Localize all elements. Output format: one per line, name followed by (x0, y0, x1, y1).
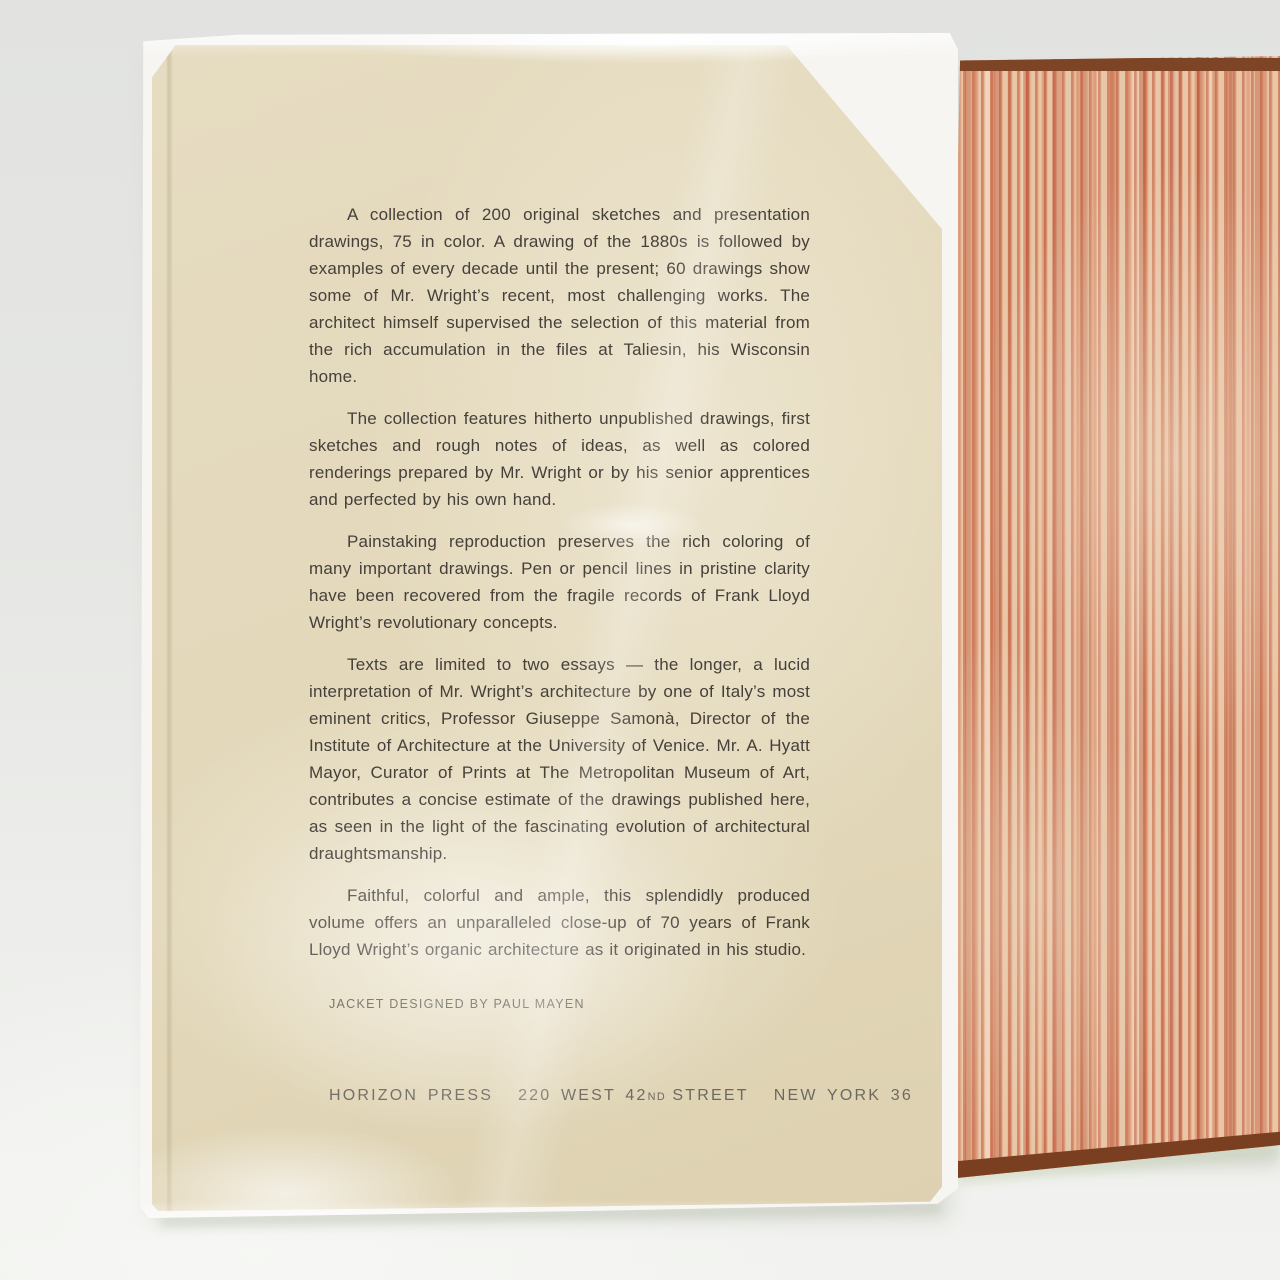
photo-of-book-jacket-and-slipcase: A collection of 200 original sketches an… (0, 0, 1280, 1280)
publisher-imprint-line: HORIZON PRESS220 WEST 42NDSTREETNEW YORK… (329, 1087, 913, 1105)
publisher-street-word: STREET (672, 1087, 748, 1104)
slipcase-top-band (936, 58, 1280, 71)
blurb-paragraph: The collection features hitherto unpubli… (309, 405, 810, 513)
slipcase-bottom-band (913, 1127, 1280, 1201)
jacket-blurb: A collection of 200 original sketches an… (309, 201, 810, 978)
blurb-paragraph: A collection of 200 original sketches an… (309, 201, 810, 390)
publisher-name: HORIZON PRESS (329, 1087, 493, 1104)
dust-jacket-in-plastic-sleeve: A collection of 200 original sketches an… (140, 33, 958, 1218)
publisher-street: 220 WEST 42NDSTREET (518, 1087, 749, 1104)
blurb-paragraph: Painstaking reproduction preserves the r… (309, 528, 810, 636)
blurb-paragraph: Faithful, colorful and ample, this splen… (309, 882, 810, 963)
jacket-back-panel: A collection of 200 original sketches an… (152, 45, 942, 1211)
publisher-street-ordinal: ND (648, 1091, 667, 1103)
jacket-designer-credit: JACKET DESIGNED BY PAUL MAYEN (329, 997, 585, 1011)
slipcase-cover (936, 56, 1280, 1180)
blurb-paragraph: Texts are limited to two essays — the lo… (309, 651, 810, 867)
publisher-city: NEW YORK 36 (774, 1087, 913, 1104)
publisher-street-number: 220 WEST 42 (518, 1087, 648, 1104)
